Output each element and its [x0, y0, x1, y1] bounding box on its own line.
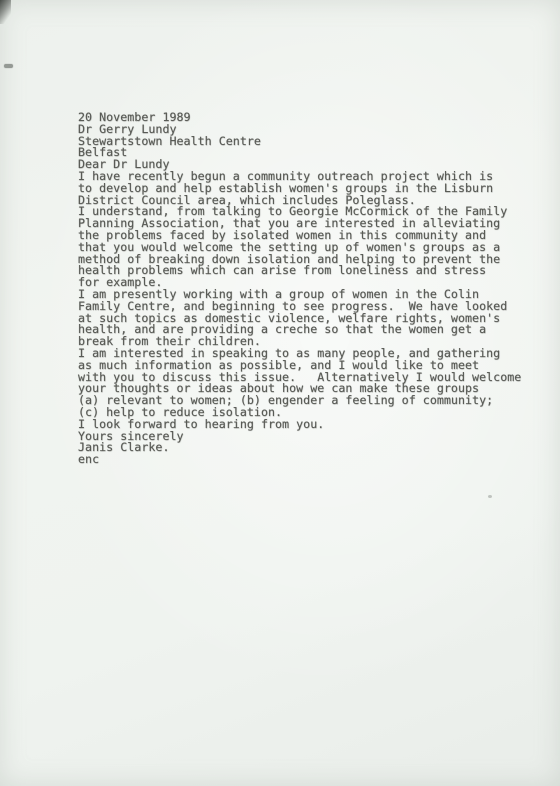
letter-page: 20 November 1989 Dr Gerry Lundy Stewarts…	[0, 0, 560, 786]
enclosure-note: enc	[78, 454, 521, 466]
paper-speck	[488, 495, 492, 498]
recipient-address: Dr Gerry Lundy Stewartstown Health Centr…	[78, 124, 521, 159]
letter-body: 20 November 1989 Dr Gerry Lundy Stewarts…	[78, 112, 521, 466]
body-paragraph-2: I understand, from talking to Georgie Mc…	[78, 206, 521, 289]
body-paragraph-1: I have recently begun a community outrea…	[78, 171, 521, 206]
body-paragraph-4: I am interested in speaking to as many p…	[78, 348, 521, 419]
paper-edge-mark	[4, 64, 13, 68]
body-paragraph-3: I am presently working with a group of w…	[78, 289, 521, 348]
scan-corner-shadow	[0, 0, 11, 24]
signature-name: Janis Clarke.	[78, 442, 521, 454]
